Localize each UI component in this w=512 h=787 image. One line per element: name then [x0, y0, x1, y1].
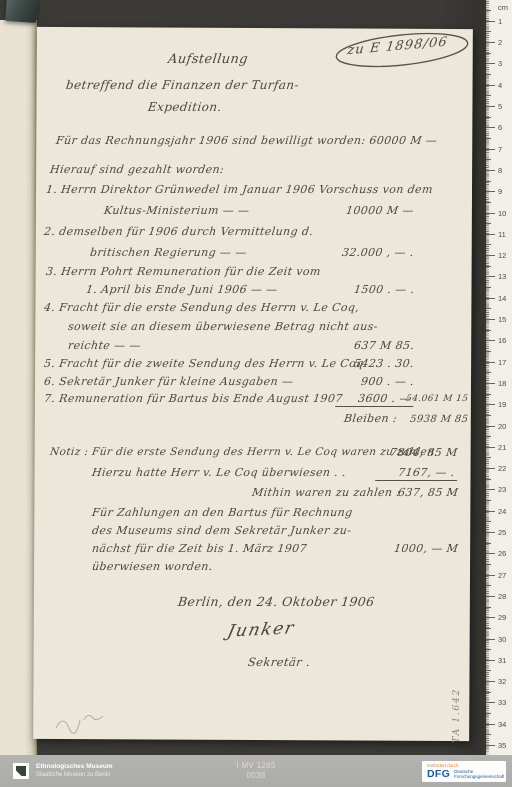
manuscript-total: 637, 85 M [397, 486, 459, 499]
ruler-cm-tick [486, 724, 495, 725]
ruler-half-tick [486, 479, 491, 480]
ruler-cm-tick [486, 617, 495, 618]
ruler-number: 20 [498, 423, 506, 430]
ruler-cm-tick [486, 489, 495, 490]
ruler-half-tick [486, 266, 491, 267]
ruler-number: 29 [498, 614, 506, 621]
ruler-cm-tick [486, 276, 495, 277]
ruler-half-tick [486, 585, 491, 586]
ruler-number: 7 [498, 146, 502, 153]
ruler-half-tick [486, 734, 491, 735]
manuscript-line: Für Zahlungen an den Bartus für Rechnung [91, 506, 353, 519]
manuscript-total: 7804, 85 M [389, 446, 458, 459]
manuscript-line: des Museums sind dem Sekretär Junker zu- [91, 524, 352, 537]
ruler-cm-tick [486, 511, 495, 512]
manuscript-line: soweit sie an diesem überwiesene Betrag … [67, 320, 378, 333]
pencil-scribble [50, 700, 112, 742]
ruler-cm-tick [486, 681, 495, 682]
ruler-cm-tick [486, 340, 495, 341]
manuscript-line: Aufstellung [167, 52, 249, 67]
scan-page-number: 0038 [156, 771, 356, 781]
ruler-number: 12 [498, 252, 506, 259]
ruler-half-tick [486, 287, 491, 288]
manuscript-amount: 1500 . — . [353, 283, 415, 296]
ruler-half-tick [486, 670, 491, 671]
manuscript-line: 2. demselben für 1906 durch Vermittelung… [43, 225, 314, 238]
manuscript-line: Junker [225, 618, 296, 641]
ruler-half-tick [486, 692, 491, 693]
ruler-cm-tick [486, 319, 495, 320]
ruler-half-tick [486, 244, 491, 245]
ruler-cm-tick [486, 213, 495, 214]
ruler-number: 14 [498, 295, 506, 302]
manuscript-amount: 1000, — M [393, 542, 459, 555]
ruler-cm-tick [486, 170, 495, 171]
manuscript-line: Sekretär . [247, 655, 311, 669]
ruler-half-tick [486, 10, 491, 11]
pencil-shelfmark-note: TA 1.642 [451, 688, 462, 743]
footer-bar: Ethnologisches Museum Staatliche Museen … [0, 755, 512, 787]
ruler-number: 17 [498, 359, 506, 366]
ruler-cm-tick [486, 660, 495, 661]
manuscript-total: 54.061 M 15 [405, 394, 469, 404]
measurement-ruler: cm 1234567891011121314151617181920212223… [486, 0, 512, 787]
ruler-number: 1 [498, 18, 502, 25]
ruler-number: 3 [498, 60, 502, 67]
ruler-cm-tick [486, 127, 495, 128]
ruler-number: 25 [498, 529, 506, 536]
ruler-number: 27 [498, 572, 506, 579]
ruler-cm-tick [486, 596, 495, 597]
ruler-number: 35 [498, 742, 506, 749]
ruler-cm-tick [486, 639, 495, 640]
smb-museum-logo [13, 763, 29, 779]
manuscript-amount: 637 M 85. [353, 339, 415, 352]
ruler-cm-tick [486, 42, 495, 43]
ruler-mm-ticks [486, 1, 489, 753]
ruler-cm-tick [486, 234, 495, 235]
manuscript-line: 1. April bis Ende Juni 1906 — — [85, 283, 278, 296]
smb-logo-icon [16, 766, 26, 776]
ruler-unit-label: cm [498, 3, 508, 12]
ruler-half-tick [486, 628, 491, 629]
ruler-half-tick [486, 351, 491, 352]
manuscript-line: Hierzu hatte Herr v. Le Coq überwiesen .… [91, 466, 347, 479]
museum-name: Ethnologisches Museum [36, 763, 113, 771]
ruler-half-tick [486, 159, 491, 160]
ruler-cm-tick [486, 106, 495, 107]
manuscript-amount: 32.000 , — . [341, 246, 414, 259]
ruler-half-tick [486, 117, 491, 118]
manuscript-line: Für das Rechnungsjahr 1906 sind bewillig… [55, 134, 438, 147]
ruler-half-tick [486, 308, 491, 309]
ruler-number: 13 [498, 273, 506, 280]
ruler-half-tick [486, 223, 491, 224]
manuscript-line: Hierauf sind gezahlt worden: [49, 163, 225, 176]
ruler-half-tick [486, 436, 491, 437]
manuscript-amount: 900 . — . [360, 375, 415, 388]
manuscript-line: nächst für die Zeit bis 1. März 1907 [91, 542, 308, 555]
ruler-number: 32 [498, 678, 506, 685]
ruler-half-tick [486, 372, 491, 373]
ruler-cm-tick [486, 404, 495, 405]
manuscript-line: 5. Fracht für die zweite Sendung des Her… [43, 357, 364, 370]
ruler-cm-tick [486, 362, 495, 363]
manuscript-line: 1. Herrn Direktor Grünwedel im Januar 19… [45, 183, 433, 196]
registry-reference-note: zu E 1898/06 [332, 30, 472, 70]
ruler-half-tick [486, 457, 491, 458]
ruler-half-tick [486, 31, 491, 32]
ruler-cm-tick [486, 702, 495, 703]
ruler-half-tick [486, 521, 491, 522]
ruler-cm-tick [486, 63, 495, 64]
manuscript-line: britischen Regierung — — [89, 246, 247, 259]
ruler-half-tick [486, 543, 491, 544]
ruler-number: 34 [498, 721, 506, 728]
dfg-funded-by-label: Gefördert durch [422, 761, 506, 768]
ruler-number: 28 [498, 593, 506, 600]
ruler-cm-tick [486, 149, 495, 150]
ruler-half-tick [486, 607, 491, 608]
ruler-half-tick [486, 713, 491, 714]
manuscript-amount: 5423 . 30. [353, 357, 415, 370]
ruler-half-tick [486, 649, 491, 650]
manuscript-line: Notiz : Für die erste Sendung des Herrn … [49, 446, 435, 458]
dfg-full-name: Deutsche Forschungsgemeinschaft [454, 769, 504, 779]
ruler-number: 2 [498, 39, 502, 46]
ruler-cm-tick [486, 21, 495, 22]
ruler-cm-tick [486, 447, 495, 448]
scan-background: zu E 1898/06 Aufstellungbetreffend die F… [0, 0, 512, 787]
ruler-cm-tick [486, 575, 495, 576]
ruler-cm-tick [486, 383, 495, 384]
ruler-number: 5 [498, 103, 502, 110]
ruler-half-tick [486, 53, 491, 54]
ruler-number: 18 [498, 380, 506, 387]
dfg-logo: Gefördert durch DFG Deutsche Forschungsg… [422, 761, 506, 782]
ruler-half-tick [486, 394, 491, 395]
ruler-number: 24 [498, 508, 506, 515]
ruler-half-tick [486, 330, 491, 331]
ruler-number: 4 [498, 82, 502, 89]
ruler-number: 31 [498, 657, 506, 664]
ruler-half-tick [486, 564, 491, 565]
ruler-cm-tick [486, 745, 495, 746]
manuscript-line: überwiesen worden. [91, 560, 213, 573]
ruler-half-tick [486, 202, 491, 203]
manuscript-total: 5938 M 85 [409, 414, 469, 425]
ruler-number: 10 [498, 210, 506, 217]
ruler-number: 19 [498, 401, 506, 408]
gutter-page-edge [0, 20, 37, 757]
ruler-number: 21 [498, 444, 506, 451]
manuscript-line: Berlin, den 24. Oktober 1906 [177, 594, 375, 609]
manuscript-line: reichte — — [67, 339, 141, 352]
ruler-number: 26 [498, 550, 506, 557]
manuscript-line: Kultus-Ministerium — — [103, 204, 250, 217]
ruler-cm-tick [486, 191, 495, 192]
ruler-half-tick [486, 500, 491, 501]
ruler-cm-tick [486, 85, 495, 86]
manuscript-total: 7167, — . [375, 466, 458, 481]
ruler-cm-tick [486, 468, 495, 469]
ruler-half-tick [486, 74, 491, 75]
ruler-cm-tick [486, 426, 495, 427]
ruler-number: 6 [498, 124, 502, 131]
manuscript-line: 4. Fracht für die erste Sendung des Herr… [43, 301, 360, 314]
manuscript-line: Mithin waren zu zahlen : [251, 486, 401, 499]
manuscript-line: Expedition. [147, 100, 222, 114]
shelfmark: I MV 1265 0038 [156, 761, 356, 781]
museum-text-block: Ethnologisches Museum Staatliche Museen … [36, 763, 113, 779]
manuscript-amount: 3600 . — [335, 392, 415, 407]
binding-clip [5, 0, 38, 23]
ruler-cm-tick [486, 553, 495, 554]
ruler-half-tick [486, 415, 491, 416]
museum-subtitle: Staatliche Museen zu Berlin [36, 771, 113, 779]
ruler-number: 11 [498, 231, 506, 238]
ruler-number: 23 [498, 486, 506, 493]
manuscript-line: betreffend die Finanzen der Turfan- [65, 78, 300, 92]
ruler-half-tick [486, 181, 491, 182]
ruler-number: 8 [498, 167, 502, 174]
ruler-number: 30 [498, 636, 506, 643]
ruler-number: 15 [498, 316, 506, 323]
manuscript-line: 3. Herrn Pohrt Remuneration für die Zeit… [45, 265, 321, 278]
manuscript-line: Bleiben : [343, 412, 398, 425]
shelfmark-id: I MV 1265 [156, 761, 356, 771]
manuscript-line: 6. Sekretär Junker für kleine Ausgaben — [43, 375, 294, 388]
manuscript-line: 7. Remuneration für Bartus bis Ende Augu… [43, 392, 343, 405]
manuscript-amount: 10000 M — [345, 204, 414, 217]
ruler-number: 33 [498, 699, 506, 706]
ruler-half-tick [486, 95, 491, 96]
ruler-cm-tick [486, 255, 495, 256]
ruler-number: 22 [498, 465, 506, 472]
ruler-number: 16 [498, 337, 506, 344]
ruler-number: 9 [498, 188, 502, 195]
ruler-half-tick [486, 138, 491, 139]
ruler-cm-tick [486, 298, 495, 299]
ruler-cm-tick [486, 532, 495, 533]
dfg-acronym: DFG [427, 769, 450, 779]
